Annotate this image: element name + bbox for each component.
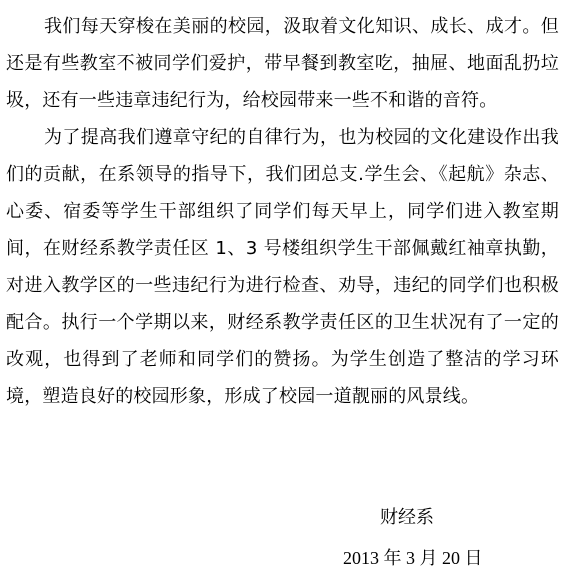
paragraph-2: 为了提高我们遵章守纪的自律行为，也为校园的文化建设作出我们的贡献，在系领导的指导…	[6, 119, 559, 415]
signature-date: 2013 年 3 月 20 日	[343, 544, 483, 572]
paragraph-1: 我们每天穿梭在美丽的校园，汲取着文化知识、成长、成才。但还是有些教室不被同学们爱…	[6, 8, 559, 119]
document-body: 我们每天穿梭在美丽的校园，汲取着文化知识、成长、成才。但还是有些教室不被同学们爱…	[6, 8, 559, 415]
signature-department: 财经系	[380, 503, 434, 533]
